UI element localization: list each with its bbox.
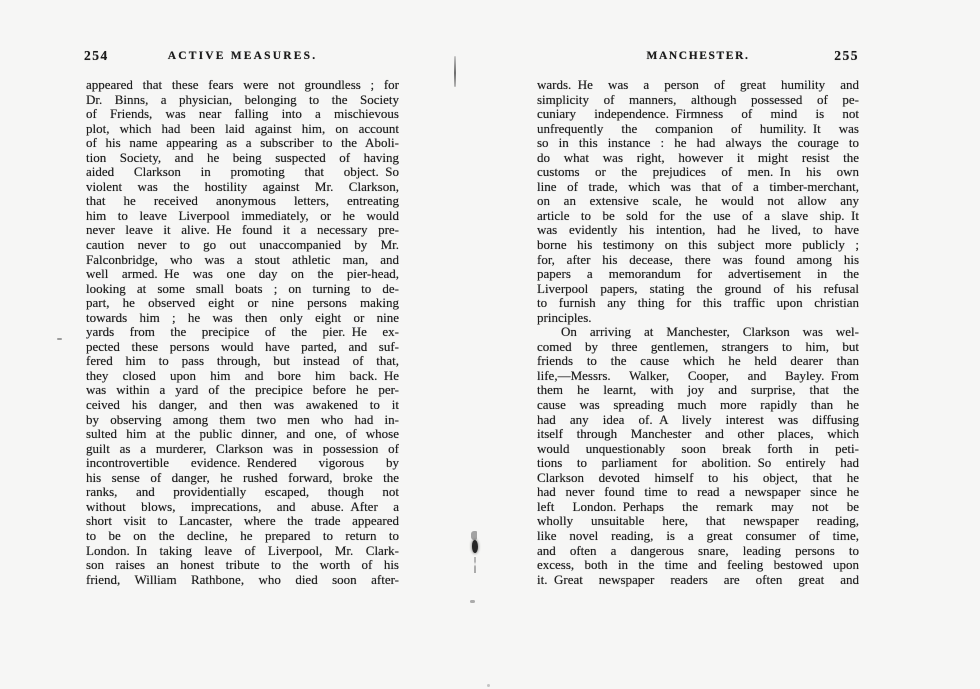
text-line: never leave it alive. He found it a nece… [86,223,399,238]
text-line: his sense of danger, he rushed forward, … [86,471,399,486]
paragraph: appeared that these fears were not groun… [86,78,399,587]
text-line: On arriving at Manchester, Clarkson was … [537,325,859,340]
text-line: unfrequently the companion of humility. … [537,122,859,137]
text-line: would unquestionably soon break forth in… [537,442,859,457]
text-line: itself through Manchester and other plac… [537,427,859,442]
text-line: appeared that these fears were not groun… [86,78,399,93]
text-line: friend, William Rathbone, who died soon … [86,573,399,588]
text-line: London. In taking leave of Liverpool, Mr… [86,544,399,559]
text-line: them he learnt, with joy and surprise, t… [537,383,859,398]
text-line: and often a dangerous snare, leading per… [537,544,859,559]
running-head-left: 254 ACTIVE MEASURES. [86,50,399,63]
text-line: wholly unsuitable here, that newspaper r… [537,514,859,529]
text-line: ranks, and providentially escaped, thoug… [86,485,399,500]
text-line: short visit to Lancaster, where the trad… [86,514,399,529]
text-line: incontrovertible evidence. Rendered vigo… [86,456,399,471]
scan-artifact-gutter-dash [474,557,476,573]
page-number-left: 254 [84,49,109,62]
text-line: tions to parliament for abolition. So en… [537,456,859,471]
text-line: well armed. He was one day on the pier-h… [86,267,399,282]
paragraph: On arriving at Manchester, Clarkson was … [537,325,859,587]
text-line: pected these persons would have parted, … [86,340,399,355]
text-line: tion Society, and he being suspected of … [86,151,399,166]
scanned-book-spread: 254 ACTIVE MEASURES. appeared that these… [0,0,980,689]
text-line: was evidently his intention, had he live… [537,223,859,238]
text-line: cause was spreading much more rapidly th… [537,398,859,413]
text-line: him to leave Liverpool immediately, or h… [86,209,399,224]
text-line: friends to the cause which he held deare… [537,354,859,369]
text-line: so in this instance : he had always the … [537,136,859,151]
text-line: it. Great newspaper readers are often gr… [537,573,859,588]
text-line: borne his testimony on this subject more… [537,238,859,253]
running-head-title-right: MANCHESTER. [537,50,859,63]
page-left: 254 ACTIVE MEASURES. appeared that these… [86,50,399,587]
text-line: life,—Messrs. Walker, Cooper, and Bayley… [537,369,859,384]
text-line: they closed upon him and bore him back. … [86,369,399,384]
text-line: cuniary independence. Firmness of mind i… [537,107,859,122]
text-line: papers a memorandum for advertisement in… [537,267,859,282]
text-line: do what was right, however it might resi… [537,151,859,166]
text-line: to be on the decline, he prepared to ret… [86,529,399,544]
scan-artifact-speck-bottom [487,684,490,687]
text-line: line of trade, which was that of a timbe… [537,180,859,195]
text-line: of Friends, was near falling into a misc… [86,107,399,122]
text-line: comed by three gentlemen, strangers to h… [537,340,859,355]
scan-artifact-margin-tick [57,338,62,340]
text-line: Falconbridge, who was a stout athletic m… [86,253,399,268]
scan-artifact-squiggle [471,531,477,540]
text-line: article to be sold for the use of a slav… [537,209,859,224]
text-line: son raises an honest tribute to the wort… [86,558,399,573]
text-line: like novel reading, is a great consumer … [537,529,859,544]
text-line: towards him ; he was then only eight or … [86,311,399,326]
text-line: caution never to go out unaccompanied by… [86,238,399,253]
text-line: plot, which had been laid against him, o… [86,122,399,137]
text-line: principles. [537,311,859,326]
text-line: Clarkson devoted himself to his object, … [537,471,859,486]
text-line: excess, both in the time and feeling bes… [537,558,859,573]
page-text-right: wards. He was a person of great humility… [537,78,859,587]
text-line: guilt as a murderer, Clarkson was in pos… [86,442,399,457]
running-head-title-left: ACTIVE MEASURES. [86,50,399,63]
text-line: on an extensive scale, he would not allo… [537,194,859,209]
text-line: was within a yard of the precipice befor… [86,383,399,398]
text-line: had never found time to read a newspaper… [537,485,859,500]
page-text-left: appeared that these fears were not groun… [86,78,399,587]
text-line: Dr. Binns, a physician, belonging to the… [86,93,399,108]
paragraph: wards. He was a person of great humility… [537,78,859,325]
scan-artifact-gutter-line [454,56,456,87]
text-line: for, after his decease, there was found … [537,253,859,268]
text-line: left London. Perhaps the remark may not … [537,500,859,515]
scan-artifact-speck [470,600,475,603]
page-right: 255 MANCHESTER. wards. He was a person o… [537,50,859,587]
text-line: simplicity of manners, although possesse… [537,93,859,108]
text-line: ceived his danger, and then was awakened… [86,398,399,413]
text-line: by observing among them two men who had … [86,413,399,428]
scan-artifact-ink-blob [472,540,478,553]
text-line: customs or the prejudices of men. In his… [537,165,859,180]
text-line: looking at some small boats ; on turning… [86,282,399,297]
text-line: that he received anonymous letters, entr… [86,194,399,209]
text-line: to furnish any thing for this traffic up… [537,296,859,311]
text-line: part, he observed eight or nine persons … [86,296,399,311]
text-line: fered him to pass through, but instead o… [86,354,399,369]
text-line: violent was the hostility against Mr. Cl… [86,180,399,195]
text-line: sulted him at the public dinner, and one… [86,427,399,442]
text-line: without blows, imprecations, and abuse. … [86,500,399,515]
text-line: wards. He was a person of great humility… [537,78,859,93]
running-head-right: 255 MANCHESTER. [537,50,859,63]
text-line: had any idea of. A lively interest was d… [537,413,859,428]
text-line: Liverpool papers, stating the ground of … [537,282,859,297]
text-line: of his name appearing as a subscriber to… [86,136,399,151]
page-number-right: 255 [834,49,859,62]
text-line: yards from the precipice of the pier. He… [86,325,399,340]
text-line: aided Clarkson in promoting that object.… [86,165,399,180]
